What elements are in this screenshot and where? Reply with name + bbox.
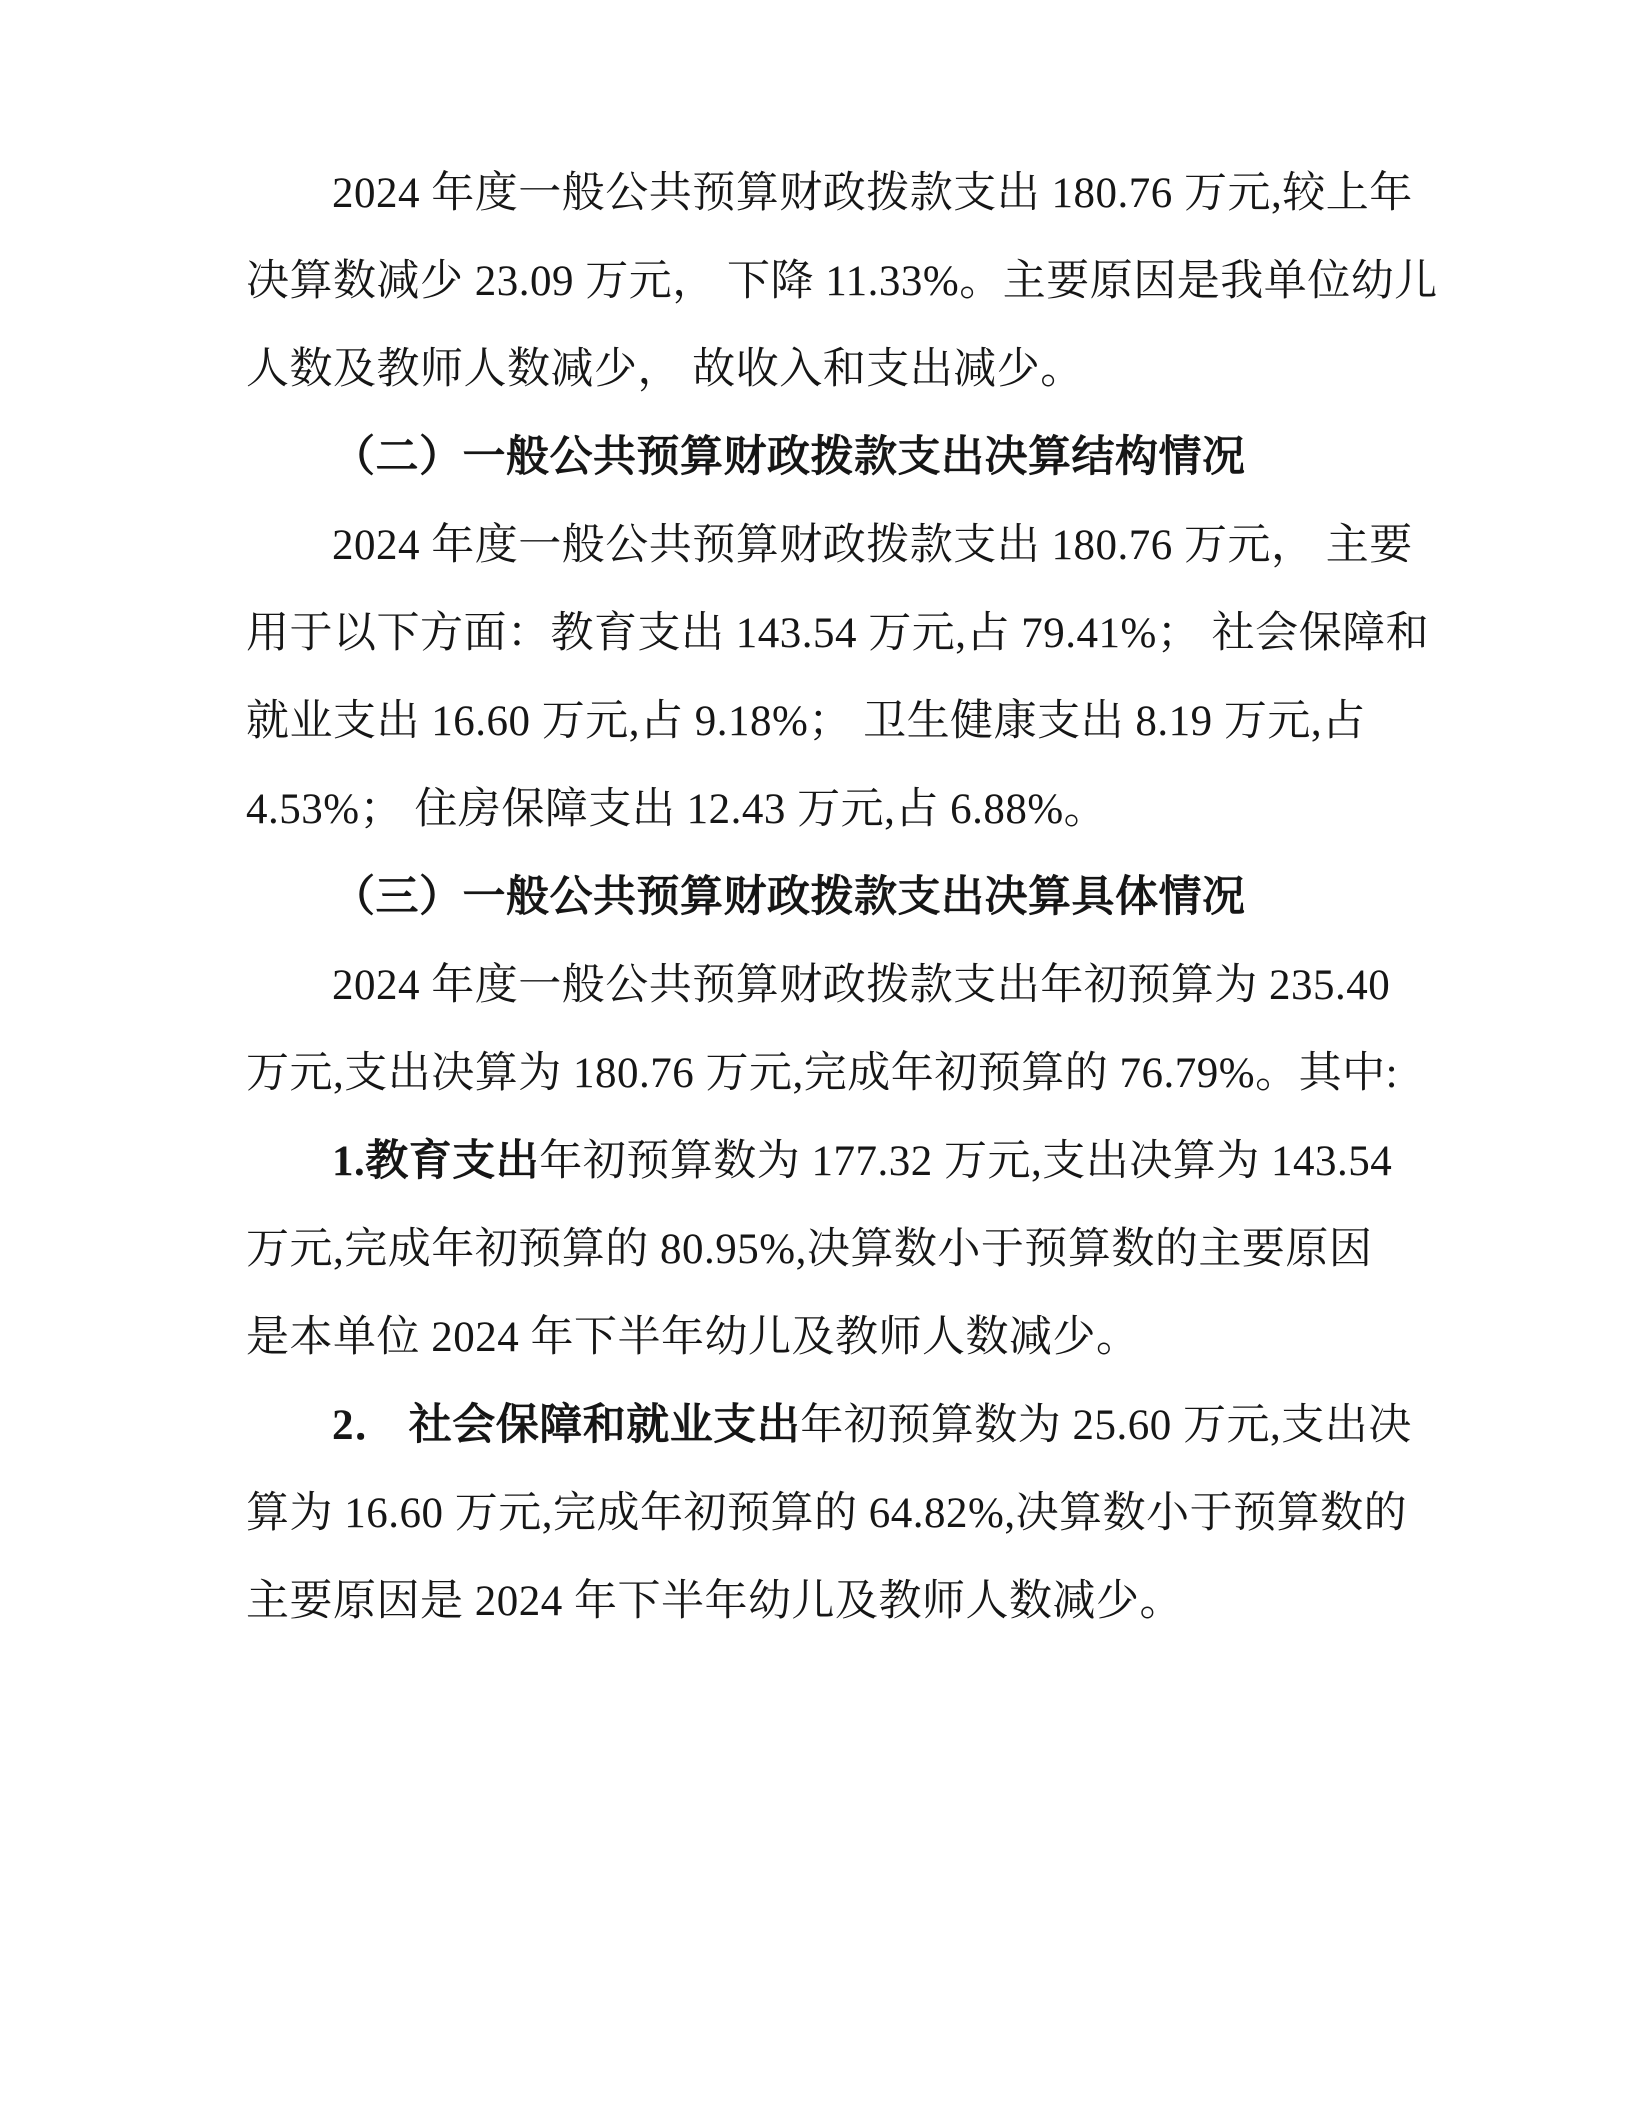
text-line: 万元,完成年初预算的 80.95%,决算数小于预算数的主要原因: [246, 1206, 1456, 1294]
text-segment: 是本单位 2024 年下半年幼儿及教师人数减少。: [246, 1314, 1140, 1361]
text-line: 决算数减少 23.09 万元， 下降 11.33%。主要原因是我单位幼儿: [246, 238, 1456, 326]
text-line: （三）一般公共预算财政拨款支出决算具体情况: [246, 854, 1456, 942]
text-segment: 人数及教师人数减少， 故收入和支出减少。: [246, 346, 1084, 393]
text-segment: 万元,支出决算为 180.76 万元,完成年初预算的 76.79%。其中:: [246, 1050, 1398, 1097]
text-segment: 4.53%； 住房保障支出 12.43 万元,占 6.88%。: [246, 786, 1107, 833]
text-segment: 决算数减少 23.09 万元， 下降 11.33%。主要原因是我单位幼儿: [246, 258, 1438, 305]
text-segment: 用于以下方面：教育支出 143.54 万元,占 79.41%； 社会保障和: [246, 610, 1429, 657]
bold-text-segment: （二）一般公共预算财政拨款支出决算结构情况: [332, 434, 1246, 481]
text-segment: 2024 年度一般公共预算财政拨款支出 180.76 万元， 主要: [332, 522, 1413, 569]
text-line: 2024 年度一般公共预算财政拨款支出年初预算为 235.40: [246, 942, 1456, 1030]
document-page: 2024 年度一般公共预算财政拨款支出 180.76 万元,较上年决算数减少 2…: [0, 0, 1632, 2112]
text-line: 人数及教师人数减少， 故收入和支出减少。: [246, 326, 1456, 414]
text-line: 2． 社会保障和就业支出年初预算数为 25.60 万元,支出决: [246, 1382, 1456, 1470]
text-segment: 主要原因是 2024 年下半年幼儿及教师人数减少。: [246, 1578, 1183, 1625]
text-line: 是本单位 2024 年下半年幼儿及教师人数减少。: [246, 1294, 1456, 1382]
bold-text-segment: （三）一般公共预算财政拨款支出决算具体情况: [332, 874, 1246, 921]
text-segment: 算为 16.60 万元,完成年初预算的 64.82%,决算数小于预算数的: [246, 1490, 1407, 1537]
text-line: 主要原因是 2024 年下半年幼儿及教师人数减少。: [246, 1558, 1456, 1646]
text-line: 1.教育支出年初预算数为 177.32 万元,支出决算为 143.54: [246, 1118, 1456, 1206]
text-segment: 2024 年度一般公共预算财政拨款支出 180.76 万元,较上年: [332, 170, 1413, 217]
text-segment: 就业支出 16.60 万元,占 9.18%； 卫生健康支出 8.19 万元,占: [246, 698, 1366, 745]
text-segment: 2024 年度一般公共预算财政拨款支出年初预算为 235.40: [332, 962, 1390, 1009]
text-line: 4.53%； 住房保障支出 12.43 万元,占 6.88%。: [246, 766, 1456, 854]
text-line: （二）一般公共预算财政拨款支出决算结构情况: [246, 414, 1456, 502]
text-line: 2024 年度一般公共预算财政拨款支出 180.76 万元,较上年: [246, 150, 1456, 238]
text-line: 用于以下方面：教育支出 143.54 万元,占 79.41%； 社会保障和: [246, 590, 1456, 678]
bold-text-segment: 1.教育支出: [332, 1138, 539, 1185]
text-segment: 年初预算数为 177.32 万元,支出决算为 143.54: [539, 1138, 1392, 1185]
text-line: 算为 16.60 万元,完成年初预算的 64.82%,决算数小于预算数的: [246, 1470, 1456, 1558]
text-line: 就业支出 16.60 万元,占 9.18%； 卫生健康支出 8.19 万元,占: [246, 678, 1456, 766]
text-segment: 万元,完成年初预算的 80.95%,决算数小于预算数的主要原因: [246, 1226, 1372, 1273]
text-segment: 年初预算数为 25.60 万元,支出决: [800, 1402, 1412, 1449]
text-line: 2024 年度一般公共预算财政拨款支出 180.76 万元， 主要: [246, 502, 1456, 590]
bold-text-segment: 2． 社会保障和就业支出: [332, 1402, 800, 1449]
document-body: 2024 年度一般公共预算财政拨款支出 180.76 万元,较上年决算数减少 2…: [246, 150, 1456, 1646]
text-line: 万元,支出决算为 180.76 万元,完成年初预算的 76.79%。其中:: [246, 1030, 1456, 1118]
